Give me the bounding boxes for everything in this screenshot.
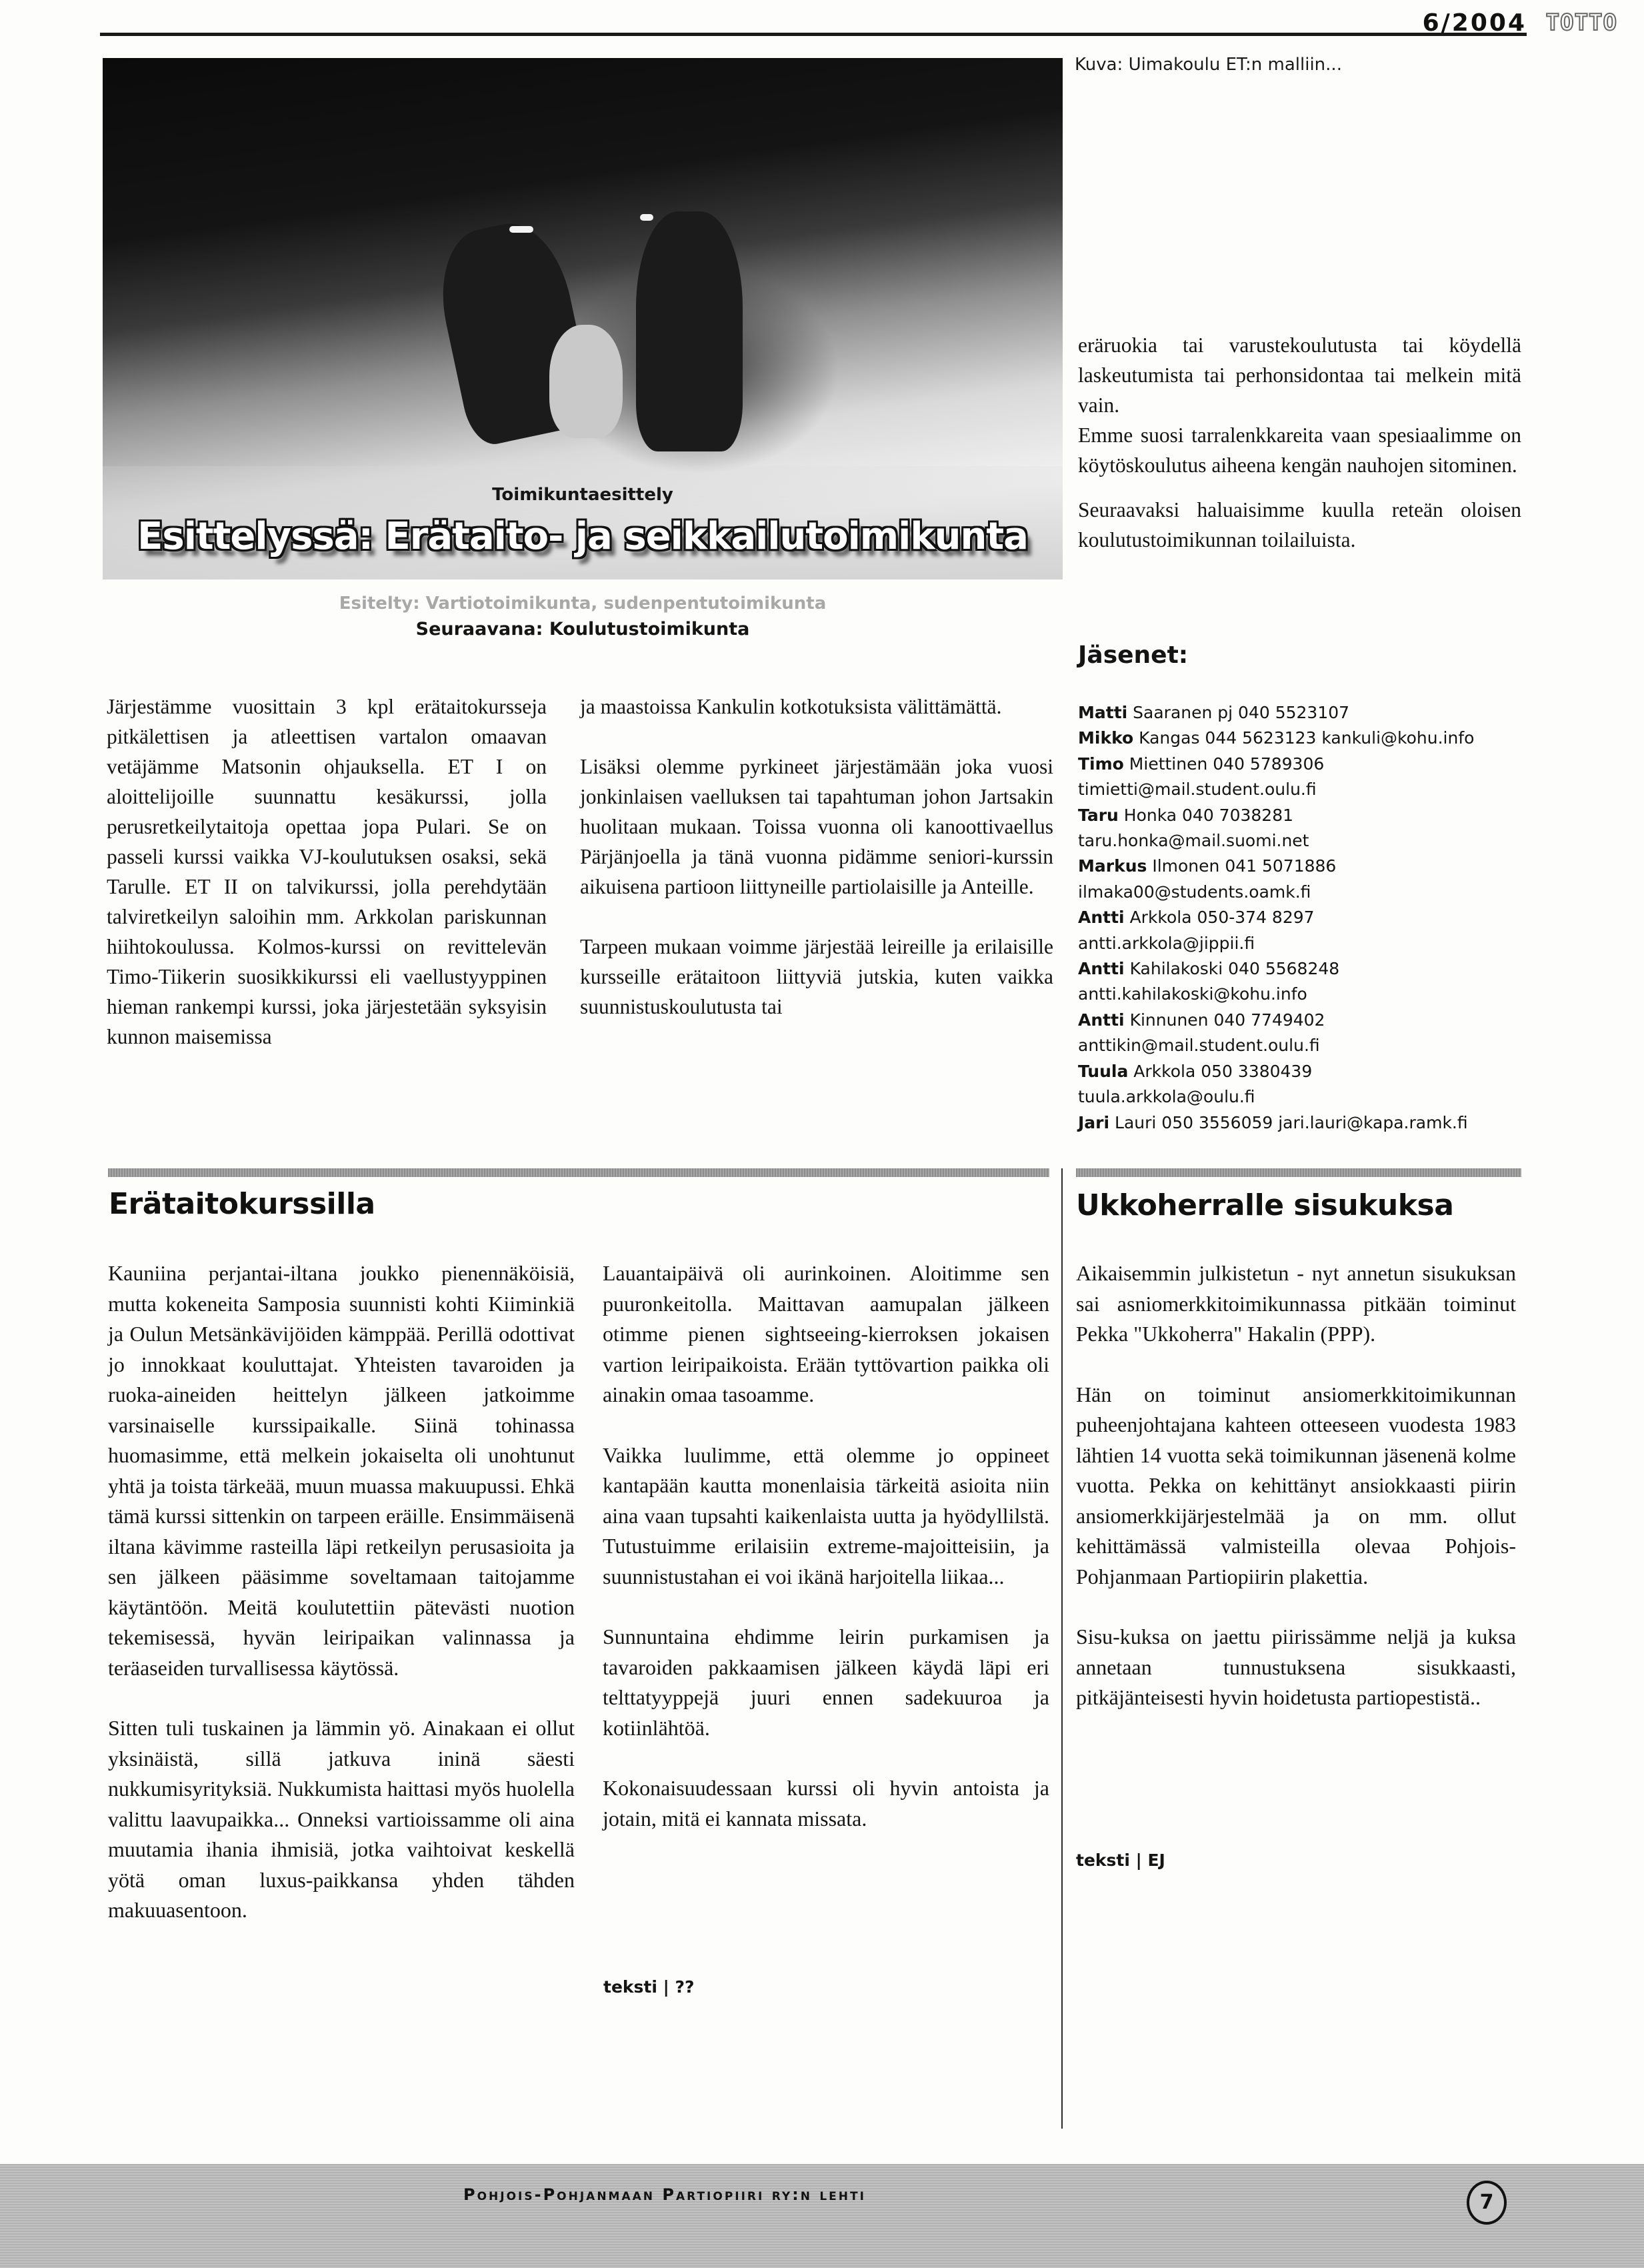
- member-row: Mikko Kangas 044 5623123 kankuli@kohu.in…: [1078, 726, 1538, 751]
- members-list: Matti Saaranen pj 040 5523107 Mikko Kang…: [1078, 700, 1538, 1136]
- member-first-name: Taru: [1078, 806, 1119, 825]
- member-email: taru.honka@mail.suomi.net: [1078, 828, 1538, 854]
- member-details: Miettinen 040 5789306: [1124, 754, 1324, 774]
- paragraph: Lisäksi olemme pyrkineet järjestämään jo…: [580, 752, 1053, 902]
- member-details: tuula.arkkola@oulu.fi: [1078, 1087, 1255, 1106]
- member-details: Kangas 044 5623123 kankuli@kohu.info: [1133, 728, 1474, 748]
- member-details: ilmaka00@students.oamk.fi: [1078, 882, 1311, 902]
- paragraph: Seuraavaksi haluaisimme kuulla reteän ol…: [1078, 495, 1521, 555]
- paragraph: eräruokia tai varustekoulutusta tai köyd…: [1078, 330, 1521, 480]
- member-email: ilmaka00@students.oamk.fi: [1078, 880, 1538, 905]
- byline-author: ??: [675, 1977, 694, 1997]
- paragraph: Hän on toiminut ansiomerkkitoimikun­nan …: [1076, 1380, 1516, 1592]
- byline-label: teksti |: [1076, 1851, 1147, 1870]
- member-first-name: Antti: [1078, 959, 1125, 978]
- article-title-course: Erätaitokurssilla: [109, 1187, 375, 1221]
- member-details: antti.kahilakoski@kohu.info: [1078, 984, 1307, 1004]
- section-kicker: Toimikuntaesittely: [103, 485, 1063, 505]
- member-details: antti.arkkola@jippii.fi: [1078, 934, 1255, 953]
- member-row: Timo Miettinen 040 5789306: [1078, 752, 1538, 777]
- member-row: Jari Lauri 050 3556059 jari.lauri@kapa.r…: [1078, 1110, 1538, 1136]
- paragraph: Tarpeen mukaan voimme järjestää leireill…: [580, 932, 1053, 1022]
- paragraph: Kokonaisuudessaan kurssi oli hyvin antoi…: [603, 1773, 1049, 1834]
- member-details: Kahilakoski 040 5568248: [1125, 959, 1340, 978]
- byline: teksti | ??: [603, 1977, 695, 1997]
- magazine-logo: TOTTO: [1546, 9, 1617, 36]
- member-first-name: Markus: [1078, 856, 1147, 876]
- member-first-name: Timo: [1078, 754, 1124, 774]
- member-email: antti.kahilakoski@kohu.info: [1078, 982, 1538, 1007]
- member-row: Antti Arkkola 050-374 8297: [1078, 905, 1538, 930]
- column-rule: [1061, 1168, 1063, 2129]
- member-row: Matti Saaranen pj 040 5523107: [1078, 700, 1538, 726]
- member-details: Arkkola 050 3380439: [1128, 1062, 1312, 1081]
- section-divider: [108, 1168, 1049, 1177]
- paragraph: Vaikka luulimme, että olemme jo oppineet…: [603, 1440, 1049, 1592]
- byline-author: EJ: [1147, 1851, 1165, 1870]
- member-details: Kinnunen 040 7749402: [1125, 1010, 1325, 1030]
- paragraph: Järjestämme vuosittain 3 kpl erätaitokur…: [107, 692, 547, 1052]
- members-heading: Jäsenet:: [1078, 642, 1188, 669]
- footer-band: [0, 2164, 1644, 2268]
- member-details: taru.honka@mail.suomi.net: [1078, 831, 1309, 850]
- member-first-name: Mikko: [1078, 728, 1133, 748]
- member-first-name: Antti: [1078, 1010, 1125, 1030]
- paragraph: Sisu-kuksa on jaettu piirissämme neljä j…: [1076, 1622, 1516, 1713]
- hero-photo: Toimikuntaesittely Esittelyssä: Erätaito…: [103, 58, 1063, 580]
- next-presented: Seuraavana: Koulutustoimikunta: [103, 619, 1063, 640]
- member-details: Arkkola 050-374 8297: [1125, 908, 1315, 927]
- member-row: Antti Kahilakoski 040 5568248: [1078, 956, 1538, 982]
- member-first-name: Antti: [1078, 908, 1125, 927]
- byline-label: teksti |: [603, 1977, 675, 1997]
- member-details: anttikin@mail.student.oulu.fi: [1078, 1036, 1320, 1055]
- member-email: antti.arkkola@jippii.fi: [1078, 931, 1538, 956]
- intro-column-3: eräruokia tai varustekoulutusta tai köyd…: [1078, 330, 1521, 555]
- member-email: timietti@mail.student.oulu.fi: [1078, 777, 1538, 802]
- article-title-award: Ukkoherralle sisukuksa: [1076, 1188, 1453, 1222]
- member-row: Markus Ilmonen 041 5071886: [1078, 854, 1538, 879]
- page-number: 7: [1467, 2181, 1507, 2225]
- intro-column-1: Järjestämme vuosittain 3 kpl erätaitokur…: [107, 692, 547, 1052]
- award-column: Aikaisemmin julkistetun - nyt annetun si…: [1076, 1258, 1516, 1713]
- paragraph: ja maastoissa Kankulin kotkotuksista väl…: [580, 692, 1053, 722]
- photo-person-right: [636, 211, 743, 451]
- previously-presented: Esitelty: Vartiotoimikunta, sudenpentuto…: [103, 594, 1063, 614]
- member-details: Honka 040 7038281: [1119, 806, 1293, 825]
- section-divider: [1076, 1168, 1521, 1177]
- member-row: Antti Kinnunen 040 7749402: [1078, 1008, 1538, 1033]
- headlamp-icon: [509, 226, 533, 233]
- member-email: anttikin@mail.student.oulu.fi: [1078, 1033, 1538, 1058]
- headlamp-icon: [640, 214, 653, 221]
- member-email: tuula.arkkola@oulu.fi: [1078, 1084, 1538, 1110]
- member-details: timietti@mail.student.oulu.fi: [1078, 780, 1317, 799]
- member-first-name: Tuula: [1078, 1062, 1128, 1081]
- byline: teksti | EJ: [1076, 1851, 1165, 1870]
- member-first-name: Matti: [1078, 703, 1127, 722]
- publication-name: Pohjois-Pohjanmaan Partiopiiri ry:n leht…: [463, 2185, 866, 2204]
- paragraph: Aikaisemmin julkistetun - nyt annetun si…: [1076, 1258, 1516, 1350]
- member-row: Tuula Arkkola 050 3380439: [1078, 1059, 1538, 1084]
- page-title: Esittelyssä: Erätaito- ja seikkailutoimi…: [103, 515, 1063, 558]
- course-column-2: Lauantaipäivä oli aurinkoinen. Aloitimme…: [603, 1258, 1049, 1834]
- paragraph: Sunnuntaina ehdimme leirin purkamisen ja…: [603, 1622, 1049, 1743]
- member-details: Saaranen pj 040 5523107: [1127, 703, 1349, 722]
- paragraph: Kauniina perjantai-iltana joukko pienenn…: [108, 1258, 575, 1683]
- member-first-name: Jari: [1078, 1113, 1109, 1132]
- course-column-1: Kauniina perjantai-iltana joukko pienenn…: [108, 1258, 575, 1926]
- intro-column-2: ja maastoissa Kankulin kotkotuksista väl…: [580, 692, 1053, 1022]
- photo-caption: Kuva: Uimakoulu ET:n malliin...: [1075, 55, 1342, 75]
- member-details: Lauri 050 3556059 jari.lauri@kapa.ramk.f…: [1109, 1113, 1468, 1132]
- header-rule: [100, 33, 1527, 36]
- paragraph: Sitten tuli tuskainen ja lämmin yö. Aina…: [108, 1713, 575, 1926]
- paragraph: Lauantaipäivä oli aurinkoinen. Aloitimme…: [603, 1258, 1049, 1410]
- member-details: Ilmonen 041 5071886: [1147, 856, 1336, 876]
- member-row: Taru Honka 040 7038281: [1078, 803, 1538, 828]
- photo-person-middle: [549, 325, 623, 438]
